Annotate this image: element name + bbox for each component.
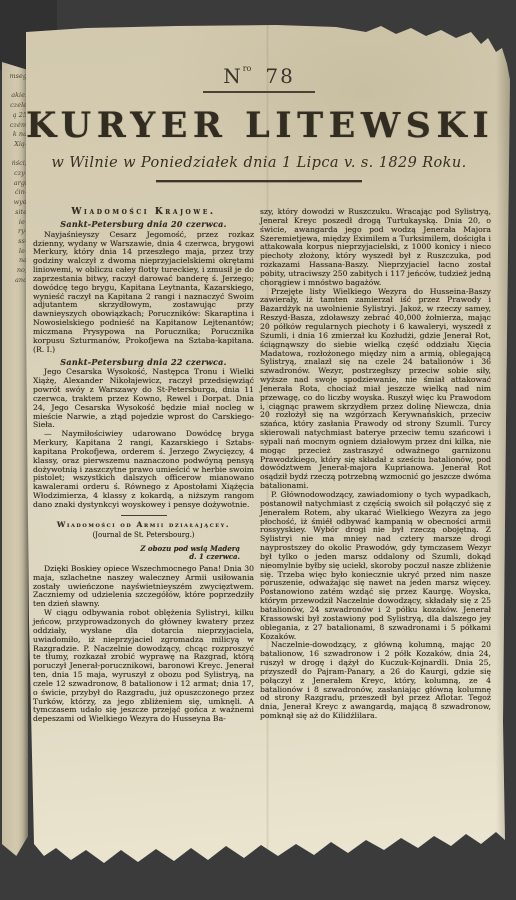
dateline-petersburg-22: Sankt-Petersburg dnia 22 czerwca.	[33, 358, 254, 367]
article-paragraph: P. Głównodowodzący, zawiadomiony o tych …	[260, 491, 491, 641]
camp-dateline: Z obozu pod wsią Maderą d. 1 czerwca.	[33, 545, 240, 562]
section-divider	[121, 515, 167, 516]
article-paragraph: Dzięki Boskiey opiece Wszechmocnego Pana…	[33, 565, 254, 609]
article-paragraph: Naczelnie-dowodzący, z główną kolumną, m…	[260, 641, 491, 721]
article-paragraph: Jego Cesarska Wysokość, Następca Tronu i…	[33, 368, 254, 430]
issue-rule	[203, 91, 315, 93]
article-paragraph: Nayjaśnieyszy Cesarz Jegomość, przez roz…	[33, 231, 254, 355]
issue-number: Nro78	[26, 64, 492, 88]
section-heading-army-news: Wiadomości od Armii działającey.	[33, 521, 254, 530]
article-paragraph: — Naymiłościwiey udarowano Dowódcę bryga…	[33, 430, 254, 510]
column-right: szy, który dowodzi w Ruszczuku. Wracając…	[260, 208, 491, 724]
content-columns: Wiadomości Krajowe. Sankt-Petersburg dni…	[33, 208, 491, 724]
section-heading-domestic-news: Wiadomości Krajowe.	[33, 208, 254, 217]
edition-dateline: w Wilnie w Poniedziałek dnia 1 Lipca v. …	[26, 155, 492, 171]
issue-superscript: ro	[243, 64, 252, 73]
article-paragraph: W ciągu odbywania robot oblężenia Sylist…	[33, 609, 254, 724]
newspaper-title: KURYER LITEWSKI	[26, 105, 492, 146]
article-paragraph: Przejęte listy Wielkiego Wezyra do Husse…	[260, 288, 491, 491]
issue-digits: 78	[265, 64, 294, 88]
article-paragraph: szy, który dowodzi w Ruszczuku. Wracając…	[260, 208, 491, 288]
journal-source: (Journal de St. Petersbourg.)	[33, 531, 254, 540]
masthead-rule	[156, 180, 362, 183]
adjacent-page-edge: mseg akie. czele ą 25 czém k na Xią- ńśc…	[2, 62, 28, 856]
adjacent-page-text-fragments: mseg akie. czele ą 25 czém k na Xią- ńśc…	[3, 72, 27, 285]
column-left: Wiadomości Krajowe. Sankt-Petersburg dni…	[33, 208, 254, 724]
camp-dateline-line2: d. 1 czerwca.	[33, 553, 240, 562]
masthead: Nro78 KURYER LITEWSKI w Wilnie w Poniedz…	[26, 22, 492, 182]
issue-letter: N	[223, 64, 243, 88]
scan-background: { "masthead": { "issue_label_n": "N", "i…	[0, 0, 516, 900]
paper-right-edge-shadow	[496, 22, 510, 874]
newspaper-page: Nro78 KURYER LITEWSKI w Wilnie w Poniedz…	[26, 22, 510, 874]
dateline-petersburg-20: Sankt-Petersburg dnia 20 czerwca.	[33, 220, 254, 229]
